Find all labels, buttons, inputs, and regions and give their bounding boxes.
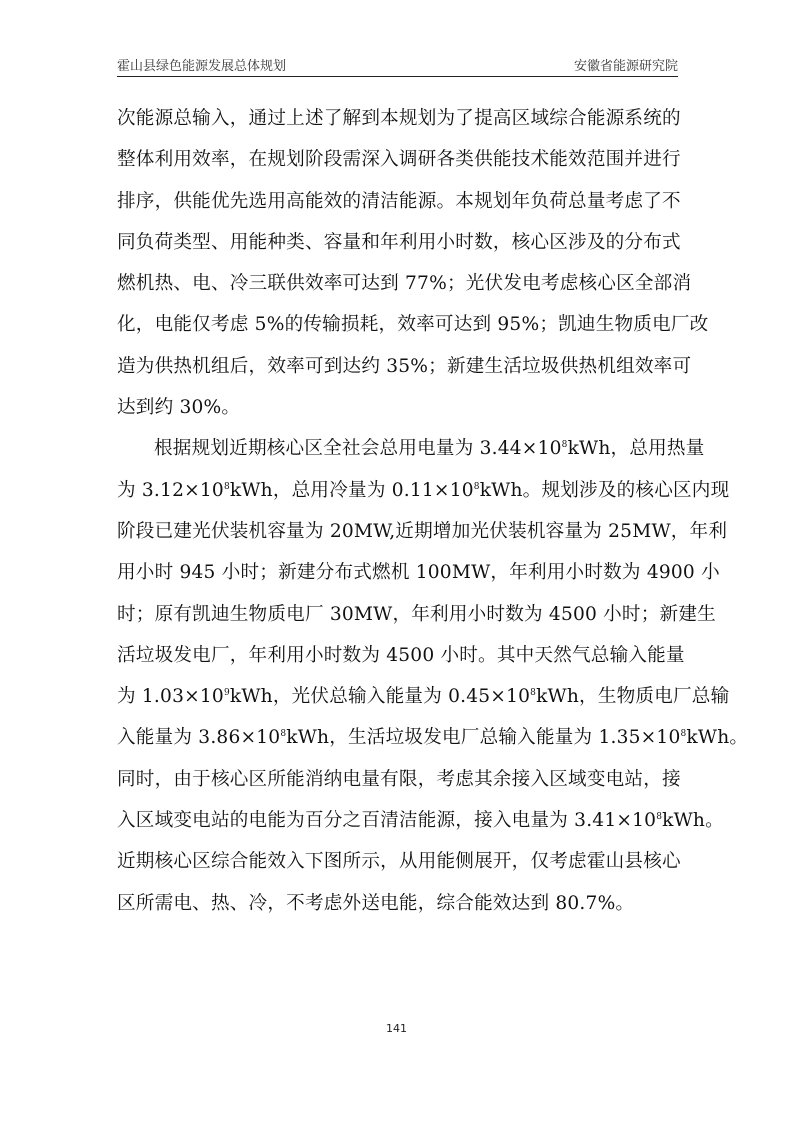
text-line: 造为供热机组后，效率可到达约 35%；新建生活垃圾供热机组效率可 (117, 346, 681, 387)
page-header: 霍山县绿色能源发展总体规划 安徽省能源研究院 (117, 52, 678, 77)
header-organization: 安徽省能源研究院 (574, 55, 678, 74)
text-line: 排序，供能优先选用高能效的清洁能源。本规划年负荷总量考虑了不 (117, 181, 681, 222)
text-line: 达到约 30%。 (117, 387, 681, 428)
text-line: 区所需电、热、冷，不考虑外送电能，综合能效达到 80.7%。 (117, 883, 681, 924)
text-line: 入区域变电站的电能为百分之百清洁能源，接入电量为 3.41×108kWh。 (117, 800, 681, 841)
text-line: 时；原有凯迪生物质电厂 30MW，年利用小时数为 4500 小时；新建生 (117, 594, 681, 635)
paragraph-efficiency: 次能源总输入，通过上述了解到本规划为了提高区域综合能源系统的 整体利用效率，在规… (117, 98, 681, 428)
text-line: 同负荷类型、用能种类、容量和年利用小时数，核心区涉及的分布式 (117, 222, 681, 263)
paragraph-energy-data: 根据规划近期核心区全社会总用电量为 3.44×108kWh，总用热量 为 3.1… (117, 428, 681, 924)
page-number: 141 (0, 1022, 793, 1035)
text-line: 化，电能仅考虑 5%的传输损耗，效率可达到 95%；凯迪生物质电厂改 (117, 304, 681, 345)
text-line: 入能量为 3.86×108kWh，生活垃圾发电厂总输入能量为 1.35×108k… (117, 717, 681, 758)
text-line: 为 3.12×108kWh，总用冷量为 0.11×108kWh。规划涉及的核心区… (117, 470, 681, 511)
text-line: 用小时 945 小时；新建分布式燃机 100MW，年利用小时数为 4900 小 (117, 552, 681, 593)
page-body: 次能源总输入，通过上述了解到本规划为了提高区域综合能源系统的 整体利用效率，在规… (117, 98, 681, 924)
header-document-title: 霍山县绿色能源发展总体规划 (117, 55, 286, 74)
text-line: 活垃圾发电厂，年利用小时数为 4500 小时。其中天然气总输入能量 (117, 635, 681, 676)
text-line: 燃机热、电、冷三联供效率可达到 77%；光伏发电考虑核心区全部消 (117, 263, 681, 304)
text-line: 阶段已建光伏装机容量为 20MW,近期增加光伏装机容量为 25MW，年利 (117, 511, 681, 552)
text-line: 近期核心区综合能效入下图所示，从用能侧展开，仅考虑霍山县核心 (117, 841, 681, 882)
text-line: 根据规划近期核心区全社会总用电量为 3.44×108kWh，总用热量 (117, 428, 681, 469)
text-line: 次能源总输入，通过上述了解到本规划为了提高区域综合能源系统的 (117, 98, 681, 139)
text-line: 整体利用效率，在规划阶段需深入调研各类供能技术能效范围并进行 (117, 139, 681, 180)
text-line: 为 1.03×109kWh，光伏总输入能量为 0.45×108kWh，生物质电厂… (117, 676, 681, 717)
text-line: 同时，由于核心区所能消纳电量有限，考虑其余接入区域变电站，接 (117, 759, 681, 800)
